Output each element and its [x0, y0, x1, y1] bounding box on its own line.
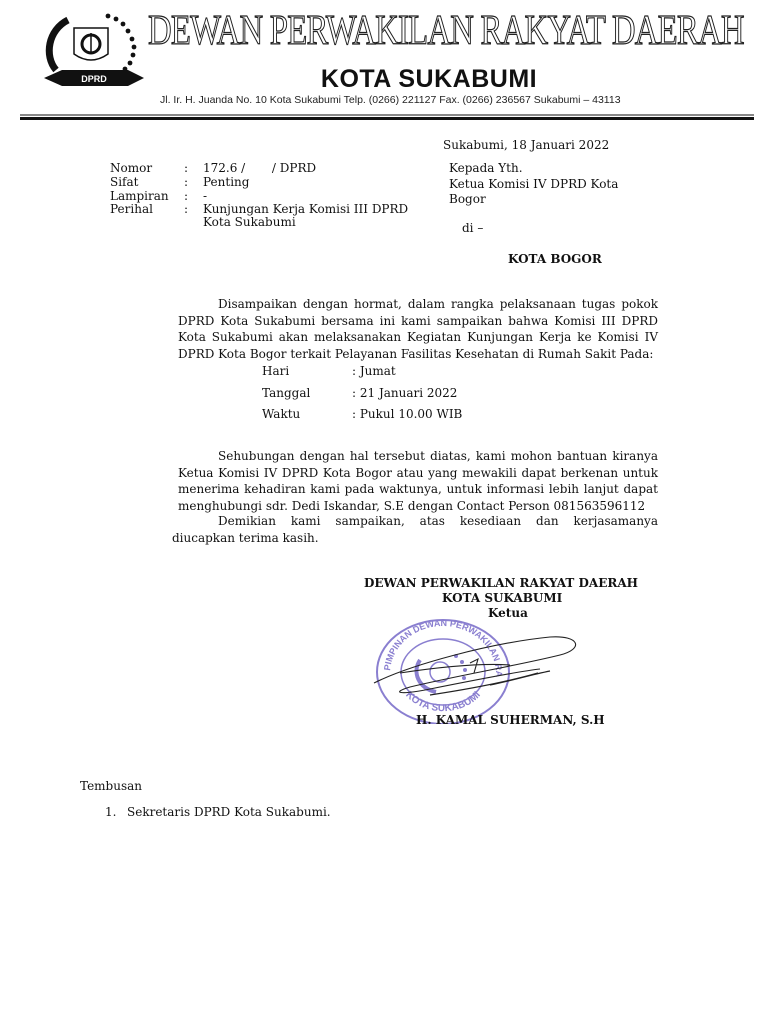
body-paragraph-3: Demikian kami sampaikan, atas kesediaan … [172, 513, 658, 546]
meta-value-sifat: Penting [203, 175, 249, 189]
meta-colon: : [184, 161, 188, 175]
signature-institution: DEWAN PERWAKILAN RAKYAT DAERAH [364, 576, 638, 590]
meta-label-perihal: Perihal [110, 202, 190, 216]
meta-value-perihal-cont: Kota Sukabumi [203, 215, 296, 229]
recipient-city: KOTA BOGOR [508, 252, 602, 266]
meta-value-lampiran: - [203, 189, 207, 203]
cc-item-number: 1. [105, 805, 116, 819]
detail-label-waktu: Waktu [262, 407, 300, 421]
meta-value-perihal: Kunjungan Kerja Komisi III DPRD [203, 202, 408, 216]
body-paragraph-1: Disampaikan dengan hormat, dalam rangka … [178, 296, 658, 362]
recipient-greeting: Kepada Yth. [449, 161, 523, 175]
letterhead-address: Jl. Ir. H. Juanda No. 10 Kota Sukabumi T… [160, 94, 621, 106]
meta-label-lampiran: Lampiran [110, 189, 190, 203]
meta-value-nomor: 172.6 / / DPRD [203, 161, 316, 175]
signature-city: KOTA SUKABUMI [442, 591, 562, 605]
letterhead-city: KOTA SUKABUMI [0, 64, 768, 94]
meta-colon: : [184, 175, 188, 189]
letterhead-institution: DEWAN PERWAKILAN RAKYAT DAERAH [148, 6, 569, 56]
body-paragraph-3-text: Demikian kami sampaikan, atas kesediaan … [172, 514, 658, 545]
body-paragraph-1-text: Disampaikan dengan hormat, dalam rangka … [178, 297, 658, 361]
recipient-line2: Bogor [449, 192, 486, 206]
cc-title: Tembusan [80, 779, 142, 793]
meta-label-nomor: Nomor [110, 161, 190, 175]
signature-name: H. KAMAL SUHERMAN, S.H [416, 713, 605, 727]
detail-label-hari: Hari [262, 364, 289, 378]
body-paragraph-2: Sehubungan dengan hal tersebut diatas, k… [178, 448, 658, 514]
meta-colon: : [184, 202, 188, 216]
body-paragraph-2-text: Sehubungan dengan hal tersebut diatas, k… [178, 449, 658, 513]
detail-value-hari: : Jumat [352, 364, 396, 378]
recipient-line1: Ketua Komisi IV DPRD Kota [449, 177, 618, 191]
detail-label-tanggal: Tanggal [262, 386, 310, 400]
letterhead-rule-thick [20, 117, 754, 120]
meta-label-sifat: Sifat [110, 175, 190, 189]
detail-value-tanggal: : 21 Januari 2022 [352, 386, 457, 400]
letter-date: Sukabumi, 18 Januari 2022 [443, 138, 609, 152]
meta-colon: : [184, 189, 188, 203]
cc-item-text: Sekretaris DPRD Kota Sukabumi. [127, 805, 331, 819]
letterhead-rule-thin [20, 114, 754, 116]
handwritten-signature-icon [370, 615, 590, 715]
recipient-di: di – [462, 221, 483, 235]
detail-value-waktu: : Pukul 10.00 WIB [352, 407, 462, 421]
